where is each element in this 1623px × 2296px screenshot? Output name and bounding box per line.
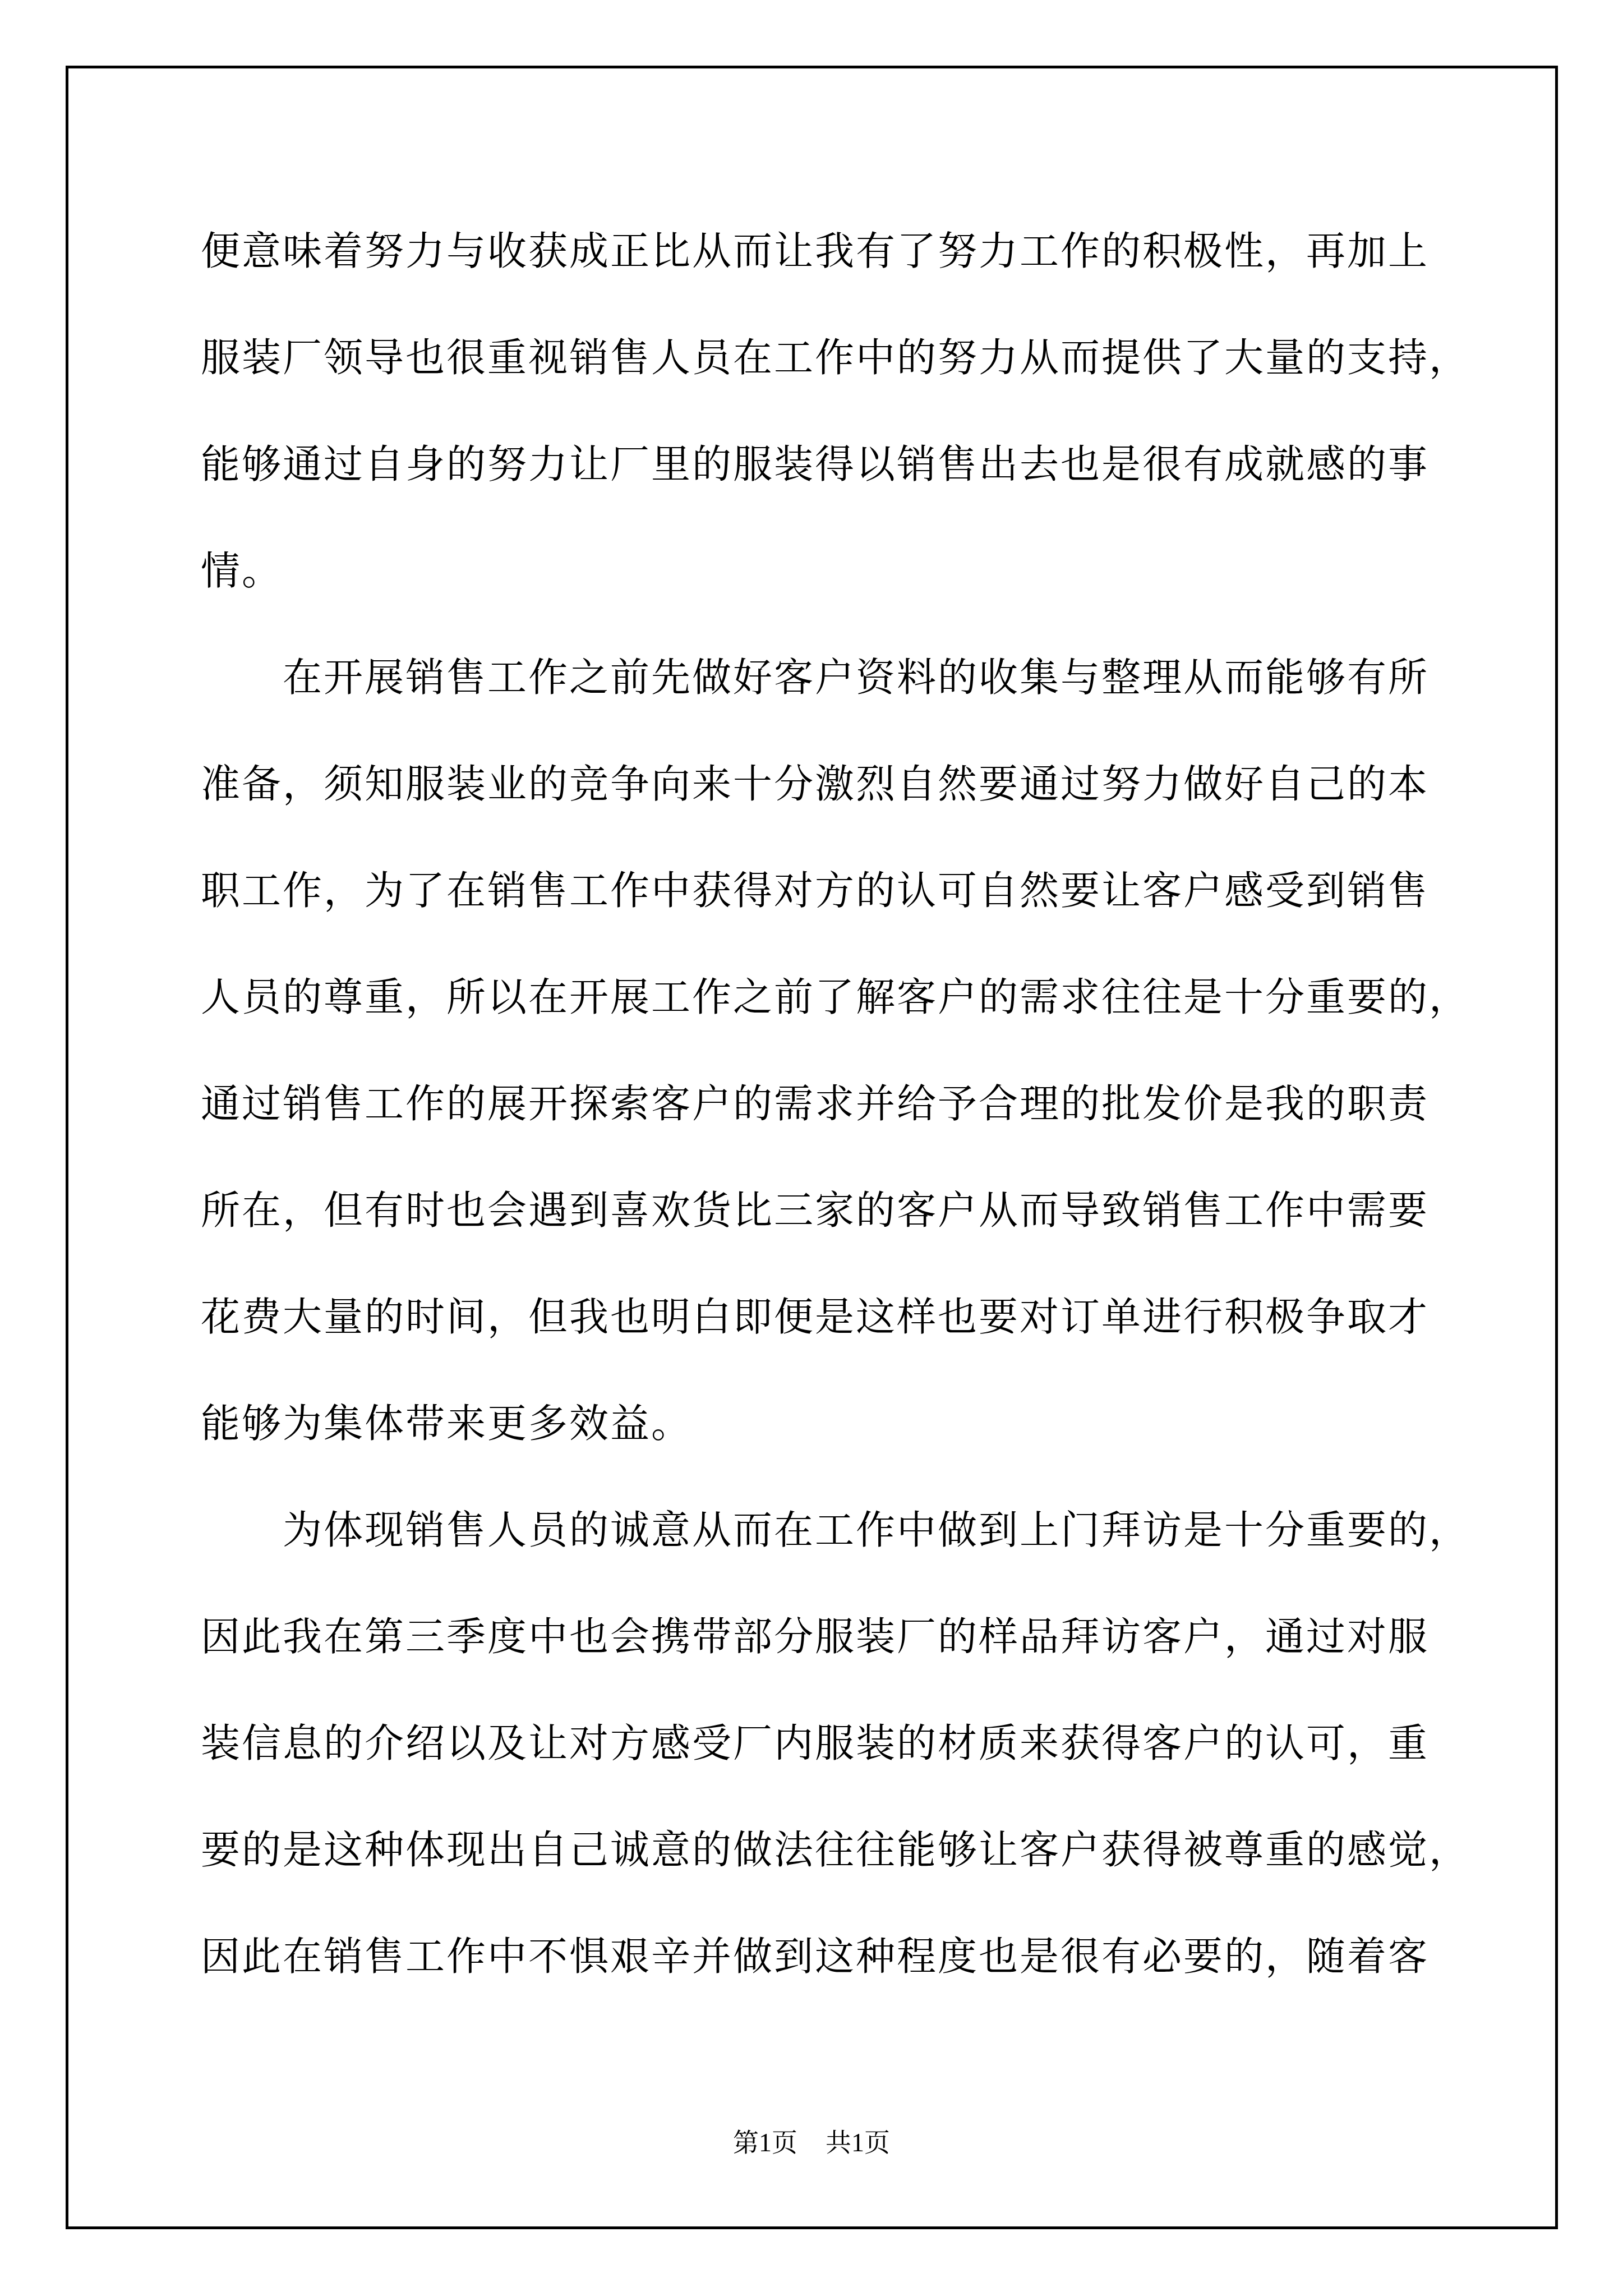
text-line: 装信息的介绍以及让对方感受厂内服装的材质来获得客户的认可，重 xyxy=(201,1691,1435,1798)
text-line: 所在，但有时也会遇到喜欢货比三家的客户从而导致销售工作中需要 xyxy=(201,1158,1435,1265)
page-number-label: 第1页 xyxy=(733,2126,797,2160)
text-line: 准备，须知服装业的竞争向来十分激烈自然要通过努力做好自己的本 xyxy=(201,732,1435,839)
page-footer: 第1页 共1页 xyxy=(0,2126,1623,2160)
paragraph-start-line: 在开展销售工作之前先做好客户资料的收集与整理从而能够有所 xyxy=(201,625,1435,732)
document-page: 便意味着努力与收获成正比从而让我有了努力工作的积极性，再加上 服装厂领导也很重视… xyxy=(0,0,1623,2296)
paragraph-start-line: 为体现销售人员的诚意从而在工作中做到上门拜访是十分重要的， xyxy=(201,1478,1435,1585)
text-line: 能够通过自身的努力让厂里的服装得以销售出去也是很有成就感的事 xyxy=(201,412,1435,519)
text-line: 能够为集体带来更多效益。 xyxy=(201,1372,1435,1478)
text-line: 人员的尊重，所以在开展工作之前了解客户的需求往往是十分重要的， xyxy=(201,945,1435,1052)
text-line: 通过销售工作的展开探索客户的需求并给予合理的批发价是我的职责 xyxy=(201,1052,1435,1158)
document-text-block: 便意味着努力与收获成正比从而让我有了努力工作的积极性，再加上 服装厂领导也很重视… xyxy=(201,199,1435,2011)
page-count-label: 共1页 xyxy=(826,2126,890,2160)
text-line: 便意味着努力与收获成正比从而让我有了努力工作的积极性，再加上 xyxy=(201,199,1435,306)
text-line: 服装厂领导也很重视销售人员在工作中的努力从而提供了大量的支持， xyxy=(201,306,1435,412)
text-line: 因此在销售工作中不惧艰辛并做到这种程度也是很有必要的，随着客 xyxy=(201,1904,1435,2011)
text-line: 职工作，为了在销售工作中获得对方的认可自然要让客户感受到销售 xyxy=(201,839,1435,945)
text-line: 花费大量的时间，但我也明白即便是这样也要对订单进行积极争取才 xyxy=(201,1265,1435,1372)
text-line: 要的是这种体现出自己诚意的做法往往能够让客户获得被尊重的感觉， xyxy=(201,1798,1435,1904)
text-line: 因此我在第三季度中也会携带部分服装厂的样品拜访客户，通过对服 xyxy=(201,1585,1435,1691)
text-line: 情。 xyxy=(201,519,1435,625)
